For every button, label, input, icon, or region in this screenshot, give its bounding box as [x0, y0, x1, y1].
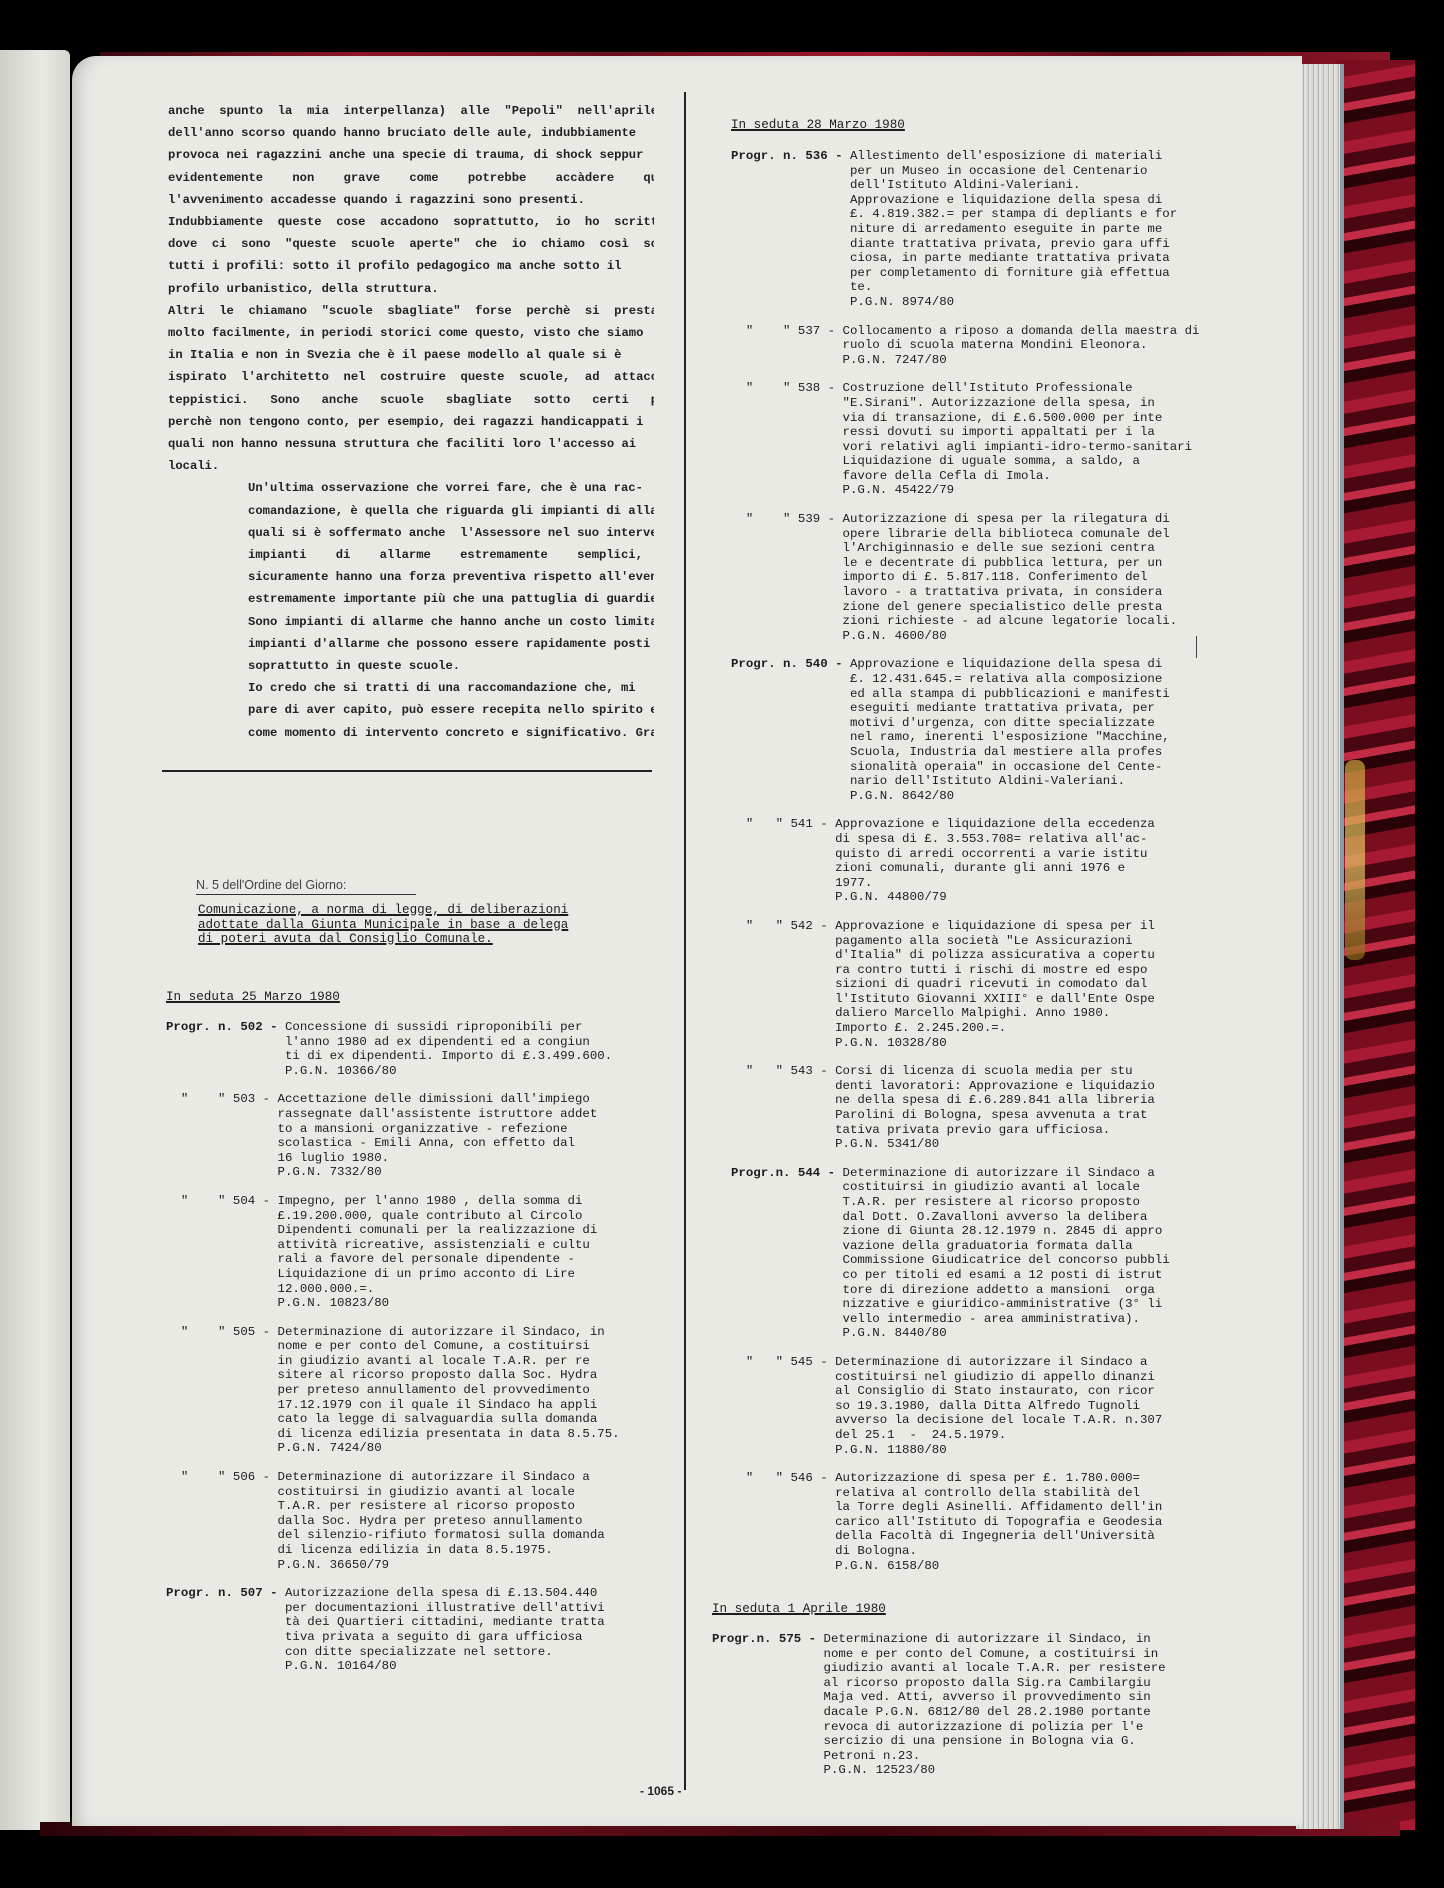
deliberation-line: pagamento alla società "Le Assicurazioni [835, 934, 1291, 949]
deliberation-line: dacale P.G.N. 6812/80 del 28.2.1980 port… [824, 1705, 1282, 1720]
transcript-line: perchè non tengono conto, per esempio, d… [168, 411, 654, 433]
deliberation-line: sitere al ricorso proposto dalla Soc. Hy… [278, 1368, 666, 1383]
agenda-item-heading: N. 5 dell'Ordine del Giorno: [196, 878, 416, 895]
deliberation-line: tativa privata previo gara ufficiosa. [835, 1123, 1291, 1138]
deliberation-line: dell'Istituto Aldini-Valeriani. [850, 178, 1291, 193]
deliberation-entry: Progr. n. 502 - Concessione di sussidi r… [166, 1020, 666, 1078]
deliberation-entry: " " 539 - Autorizzazione di spesa per la… [731, 512, 1291, 643]
deliberation-line: vazione della graduatoria formata dalla [843, 1239, 1291, 1254]
deliberation-text: Approvazione e liquidazione di spesa per… [835, 919, 1291, 1050]
deliberation-line: nel ramo, inerenti l'esposizione "Macchi… [850, 730, 1291, 745]
deliberation-line: zioni comunali, durante gli anni 1976 e [835, 861, 1291, 876]
deliberation-entry: " " 538 - Costruzione dell'Istituto Prof… [731, 381, 1291, 498]
deliberation-line: quisto di arredi occorrenti a varie isti… [835, 847, 1291, 862]
deliberation-line: carico all'Istituto di Topografia e Geod… [835, 1515, 1291, 1530]
transcript-line: dell'anno scorso quando hanno bruciato d… [168, 122, 654, 144]
deliberation-line: revoca di autorizzazione di polizia per … [824, 1720, 1282, 1735]
progressive-number: Progr.n. 544 - [731, 1166, 843, 1341]
progressive-number: Progr.n. 575 - [712, 1632, 824, 1778]
transcript-paragraph: anche spunto la mia interpellanza) alle … [168, 100, 654, 211]
deliberation-line: zione del genere specialistico delle pre… [843, 600, 1291, 615]
deliberation-line: 17.12.1979 con il quale il Sindaco ha ap… [278, 1398, 666, 1413]
deliberation-line: so 19.3.1980, dalla Ditta Alfredo Tugnol… [835, 1399, 1291, 1414]
progressive-number: Progr. n. 502 - [166, 1020, 285, 1078]
deliberation-line: Commissione Giudicatrice del concorso pu… [843, 1253, 1291, 1268]
deliberation-line: Costruzione dell'Istituto Professionale [843, 381, 1291, 396]
deliberation-text: Impegno, per l'anno 1980 , della somma d… [278, 1194, 666, 1311]
transcript-line: anche spunto la mia interpellanza) alle … [168, 100, 654, 122]
deliberation-text: Costruzione dell'Istituto Professionale"… [843, 381, 1291, 498]
transcript-line: in Italia e non in Svezia che è il paese… [168, 344, 654, 366]
deliberation-line: ciosa, in parte mediante trattativa priv… [850, 251, 1291, 266]
deliberation-line: della Facoltà di Ingegneria dell'Univers… [835, 1529, 1291, 1544]
deliberation-text: Determinazione di autorizzare il Sindaco… [843, 1166, 1291, 1341]
transcript-line: teppistici. Sono anche scuole sbagliate … [168, 389, 654, 411]
deliberation-line: per preteso annullamento del provvedimen… [278, 1383, 666, 1398]
deliberation-line: lavoro - a trattativa privata, in consid… [843, 585, 1291, 600]
progressive-number: " " 546 - [731, 1471, 835, 1573]
progressive-number: Progr. n. 536 - [731, 149, 850, 310]
transcript-line: impianti d'allarme che possono essere ra… [168, 633, 654, 655]
transcript-paragraph: Un'ultima osservazione che vorrei fare, … [168, 477, 654, 677]
deliberation-line: l'anno 1980 ad ex dipendenti ed a congiu… [285, 1035, 666, 1050]
transcript-line: quali non hanno nessuna struttura che fa… [168, 433, 654, 455]
deliberation-line: to a mansioni organizzative - refezione [278, 1122, 666, 1137]
pgn-reference: P.G.N. 5341/80 [835, 1137, 1291, 1152]
deliberation-entry: Progr. n. 536 - Allestimento dell'esposi… [731, 149, 1291, 310]
deliberation-list: Progr.n. 575 - Determinazione di autoriz… [712, 1632, 1282, 1792]
deliberation-line: di licenza edilizia presentata in data 8… [278, 1427, 666, 1442]
deliberation-entry: " " 506 - Determinazione di autorizzare … [166, 1470, 666, 1572]
deliberation-line: ne della spesa di £.6.289.841 alla libre… [835, 1093, 1291, 1108]
deliberation-line: Maja ved. Atti, avverso il provvedimento… [824, 1690, 1282, 1705]
transcript-line: provoca nei ragazzini anche una specie d… [168, 144, 654, 166]
deliberation-text: Autorizzazione di spesa per la rilegatur… [843, 512, 1291, 643]
deliberation-entry: " " 503 - Accettazione delle dimissioni … [166, 1092, 666, 1180]
deliberation-line: sercizio di una pensione in Bologna via … [824, 1734, 1282, 1749]
deliberation-line: ra contro tutti i rischi di mostre ed es… [835, 963, 1291, 978]
deliberation-line: Accettazione delle dimissioni dall'impie… [278, 1092, 666, 1107]
deliberation-line: niture di arredamento eseguite in parte … [850, 222, 1291, 237]
transcript-line: come momento di intervento concreto e si… [168, 722, 654, 744]
deliberation-text: Approvazione e liquidazione della spesa … [850, 657, 1291, 803]
session-heading: In seduta 1 Aprile 1980 [712, 1602, 886, 1616]
transcript-line: comandazione, è quella che riguarda gli … [168, 500, 654, 522]
deliberation-line: daliero Marcello Malpighi. Anno 1980. [835, 1006, 1291, 1021]
communication-title: Comunicazione, a norma di legge, di deli… [198, 903, 608, 947]
deliberation-line: nome e per conto del Comune, a costituir… [278, 1339, 666, 1354]
progressive-number: " " 538 - [731, 381, 843, 498]
deliberation-line: attività ricreative, assistenziali e cul… [278, 1238, 666, 1253]
deliberation-line: £. 12.431.645.= relativa alla composizio… [850, 672, 1291, 687]
deliberation-text: Accettazione delle dimissioni dall'impie… [278, 1092, 666, 1180]
deliberation-line: tiva privata a seguito di gara ufficiosa [285, 1630, 666, 1645]
deliberation-line: favore della Cefla di Imola. [843, 469, 1291, 484]
deliberation-line: vello intermedio - area amministrativa). [843, 1312, 1291, 1327]
transcript-line: evidentemente non grave come potrebbe ac… [168, 167, 654, 189]
deliberation-line: motivi d'urgenza, con ditte specializzat… [850, 716, 1291, 731]
transcript-line: dove ci sono "queste scuole aperte" che … [168, 233, 654, 255]
transcript-paragraph: Indubbiamente queste cose accadono sopra… [168, 211, 654, 300]
column-divider [684, 92, 686, 1790]
transcript-line: Indubbiamente queste cose accadono sopra… [168, 211, 654, 233]
deliberation-line: in giudizio avanti al locale T.A.R. per … [278, 1354, 666, 1369]
page-number: - 1065 - [640, 1784, 681, 1798]
pgn-reference: P.G.N. 10328/80 [835, 1036, 1291, 1051]
deliberation-line: Collocamento a riposo a domanda della ma… [843, 324, 1291, 339]
pgn-reference: P.G.N. 4600/80 [843, 629, 1291, 644]
deliberation-line: ressi dovuti su importi appaltati per i … [843, 425, 1291, 440]
communication-title-line: di poteri avuta dal Consiglio Comunale. [198, 932, 608, 947]
transcript-line: Io credo che si tratti di una raccomanda… [168, 677, 654, 699]
transcript-line: sicuramente hanno una forza preventiva r… [168, 566, 654, 588]
deliberation-line: Petroni n.23. [824, 1749, 1282, 1764]
transcript-line: tutti i profili: sotto il profilo pedago… [168, 255, 654, 277]
deliberation-line: rali a favore del personale dipendente - [278, 1252, 666, 1267]
deliberation-line: Approvazione e liquidazione di spesa per… [835, 919, 1291, 934]
deliberation-line: del silenzio-rifiuto formatosi sulla dom… [278, 1528, 666, 1543]
deliberation-line: relativa al controllo della stabilità de… [835, 1486, 1291, 1501]
deliberation-line: Determinazione di autorizzare il Sindaco… [843, 1166, 1291, 1181]
deliberation-text: Collocamento a riposo a domanda della ma… [843, 324, 1291, 368]
deliberation-list: Progr. n. 536 - Allestimento dell'esposi… [731, 149, 1291, 1587]
deliberation-line: ruolo di scuola materna Mondini Eleonora… [843, 338, 1291, 353]
deliberation-line: Corsi di licenza di scuola media per stu [835, 1064, 1291, 1079]
deliberation-line: con ditte specializzate nel settore. [285, 1645, 666, 1660]
transcript-line: l'avvenimento accadesse quando i ragazzi… [168, 189, 654, 211]
communication-title-line: adottate dalla Giunta Municipale in base… [198, 918, 608, 933]
deliberation-line: costituirsi nel giudizio di appello dina… [835, 1370, 1291, 1385]
deliberation-line: zioni richieste - ad alcune legatorie lo… [843, 614, 1291, 629]
deliberation-entry: Progr.n. 544 - Determinazione di autoriz… [731, 1166, 1291, 1341]
progressive-number: Progr. n. 507 - [166, 1586, 285, 1674]
deliberation-line: "E.Sirani". Autorizzazione della spesa, … [843, 396, 1291, 411]
deliberation-line: Autorizzazione di spesa per £. 1.780.000… [835, 1471, 1291, 1486]
deliberation-line: eseguiti mediante trattativa privata, pe… [850, 701, 1291, 716]
deliberation-line: Approvazione e liquidazione della spesa … [850, 657, 1291, 672]
deliberation-line: cato la legge di salvaguardia sulla doma… [278, 1412, 666, 1427]
deliberation-list: Progr. n. 502 - Concessione di sussidi r… [166, 1020, 666, 1688]
deliberation-line: £.19.200.000, quale contributo al Circol… [278, 1209, 666, 1224]
deliberation-entry: " " 504 - Impegno, per l'anno 1980 , del… [166, 1194, 666, 1311]
deliberation-line: nome e per conto del Comune, a costituir… [824, 1647, 1282, 1662]
deliberation-line: Liquidazione di uguale somma, a saldo, a [843, 454, 1291, 469]
deliberation-line: per completamento di forniture già effet… [850, 266, 1291, 281]
deliberation-line: Determinazione di autorizzare il Sindaco… [835, 1355, 1291, 1370]
deliberation-line: co per titoli ed esami a 12 posti di ist… [843, 1268, 1291, 1283]
transcript-line: ispirato l'architetto nel costruire ques… [168, 366, 654, 388]
deliberation-line: Importo £. 2.245.200.=. [835, 1021, 1291, 1036]
deliberation-line: Approvazione e liquidazione della spesa … [850, 193, 1291, 208]
transcript-paragraph: Altri le chiamano "scuole sbagliate" for… [168, 300, 654, 478]
transcript-paragraph: Io credo che si tratti di una raccomanda… [168, 677, 654, 744]
deliberation-line: del 25.1 - 24.5.1979. [835, 1428, 1291, 1443]
pgn-reference: P.G.N. 45422/79 [843, 483, 1291, 498]
deliberation-line: d'Italia" di polizza assicurativa a cope… [835, 948, 1291, 963]
deliberation-line: Dipendenti comunali per la realizzazione… [278, 1223, 666, 1238]
deliberation-line: 12.000.000.=. [278, 1282, 666, 1297]
deliberation-line: scolastica - Emili Anna, con effetto dal [278, 1136, 666, 1151]
deliberation-line: Parolini di Bologna, spesa avvenuta a tr… [835, 1108, 1291, 1123]
deliberation-line: al ricorso proposto dalla Sig.ra Cambila… [824, 1676, 1282, 1691]
deliberation-line: Determinazione di autorizzare il Sindaco… [824, 1632, 1282, 1647]
progressive-number: Progr. n. 540 - [731, 657, 850, 803]
pgn-reference: P.G.N. 8642/80 [850, 789, 1291, 804]
pgn-reference: P.G.N. 44800/79 [835, 890, 1291, 905]
progressive-number: " " 545 - [731, 1355, 835, 1457]
deliberation-line: rassegnate dall'assistente istruttore ad… [278, 1107, 666, 1122]
deliberation-text: Autorizzazione di spesa per £. 1.780.000… [835, 1471, 1291, 1573]
deliberation-entry: " " 537 - Collocamento a riposo a domand… [731, 324, 1291, 368]
deliberation-text: Concessione di sussidi riproponibili per… [285, 1020, 666, 1078]
pgn-reference: P.G.N. 10823/80 [278, 1296, 666, 1311]
transcript-line: Un'ultima osservazione che vorrei fare, … [168, 477, 654, 499]
book-cover-marbled [1335, 60, 1415, 1830]
deliberation-line: costituirsi in giudizio avanti al locale [278, 1485, 666, 1500]
deliberation-line: diante trattativa privata, previo gara u… [850, 237, 1291, 252]
progressive-number: " " 505 - [166, 1325, 278, 1456]
deliberation-line: vori relativi agli impianti-idro-termo-s… [843, 440, 1291, 455]
deliberation-line: Autorizzazione di spesa per la rilegatur… [843, 512, 1291, 527]
deliberation-line: zione di Giunta 28.12.1979 n. 2845 di ap… [843, 1224, 1291, 1239]
deliberation-text: Determinazione di autorizzare il Sindaco… [278, 1325, 666, 1456]
pgn-reference: P.G.N. 36650/79 [278, 1558, 666, 1573]
progressive-number: " " 541 - [731, 817, 835, 905]
deliberation-entry: " " 505 - Determinazione di autorizzare … [166, 1325, 666, 1456]
deliberation-entry: Progr.n. 575 - Determinazione di autoriz… [712, 1632, 1282, 1778]
deliberation-line: l'Archiginnasio e delle sue sezioni cent… [843, 541, 1291, 556]
deliberation-text: Approvazione e liquidazione della eccede… [835, 817, 1291, 905]
deliberation-line: dalla Soc. Hydra per preteso annullament… [278, 1514, 666, 1529]
progressive-number: " " 542 - [731, 919, 835, 1050]
deliberation-line: l'Istituto Giovanni XXIII° e dall'Ente O… [835, 992, 1291, 1007]
deliberation-line: Concessione di sussidi riproponibili per [285, 1020, 666, 1035]
deliberation-line: T.A.R. per resistere al ricorso proposto [843, 1195, 1291, 1210]
deliberation-line: giudizio avanti al locale T.A.R. per res… [824, 1661, 1282, 1676]
progressive-number: " " 543 - [731, 1064, 835, 1152]
transcript-line: pare di aver capito, può essere recepita… [168, 699, 654, 721]
deliberation-line: al Consiglio di Stato instaurato, con ri… [835, 1384, 1291, 1399]
deliberation-entry: " " 543 - Corsi di licenza di scuola med… [731, 1064, 1291, 1152]
deliberation-text: Autorizzazione della spesa di £.13.504.4… [285, 1586, 666, 1674]
speech-transcript: anche spunto la mia interpellanza) alle … [168, 100, 654, 744]
deliberation-line: nizzative e giuridico-amministrative (3°… [843, 1297, 1291, 1312]
deliberation-text: Allestimento dell'esposizione di materia… [850, 149, 1291, 310]
progressive-number: " " 504 - [166, 1194, 278, 1311]
pgn-reference: P.G.N. 7247/80 [843, 353, 1291, 368]
deliberation-line: te. [850, 280, 1291, 295]
deliberation-line: Determinazione di autorizzare il Sindaco… [278, 1470, 666, 1485]
page-stack-edge [1296, 64, 1344, 1829]
deliberation-line: costituirsi in giudizio avanti al locale [843, 1180, 1291, 1195]
pgn-reference: P.G.N. 12523/80 [824, 1763, 1282, 1778]
pgn-reference: P.G.N. 7424/80 [278, 1441, 666, 1456]
progressive-number: " " 506 - [166, 1470, 278, 1572]
deliberation-line: tore di direzione addetto a mansioni org… [843, 1283, 1291, 1298]
deliberation-entry: " " 546 - Autorizzazione di spesa per £.… [731, 1471, 1291, 1573]
deliberation-entry: " " 545 - Determinazione di autorizzare … [731, 1355, 1291, 1457]
deliberation-line: di spesa di £. 3.553.708= relativa all'a… [835, 832, 1291, 847]
pgn-reference: P.G.N. 6158/80 [835, 1559, 1291, 1574]
deliberation-text: Corsi di licenza di scuola media per stu… [835, 1064, 1291, 1152]
deliberation-line: Liquidazione di un primo acconto di Lire [278, 1267, 666, 1282]
deliberation-line: Impegno, per l'anno 1980 , della somma d… [278, 1194, 666, 1209]
deliberation-line: nario dell'Istituto Aldini-Valeriani. [850, 774, 1291, 789]
deliberation-entry: Progr. n. 507 - Autorizzazione della spe… [166, 1586, 666, 1674]
progressive-number: " " 503 - [166, 1092, 278, 1180]
deliberation-line: per documentazioni illustrative dell'att… [285, 1601, 666, 1616]
transcript-line: estremamente importante più che una patt… [168, 588, 654, 610]
deliberation-line: di Bologna. [835, 1544, 1291, 1559]
deliberation-entry: Progr. n. 540 - Approvazione e liquidazi… [731, 657, 1291, 803]
facing-page-edge [0, 50, 70, 1830]
deliberation-text: Determinazione di autorizzare il Sindaco… [835, 1355, 1291, 1457]
deliberation-line: via di transazione, di £.6.500.000 per i… [843, 411, 1291, 426]
pgn-reference: P.G.N. 8974/80 [850, 295, 1291, 310]
deliberation-line: opere librarie della biblioteca comunale… [843, 527, 1291, 542]
deliberation-entry: " " 542 - Approvazione e liquidazione di… [731, 919, 1291, 1050]
deliberation-line: la Torre degli Asinelli. Affidamento del… [835, 1500, 1291, 1515]
deliberation-entry: " " 541 - Approvazione e liquidazione de… [731, 817, 1291, 905]
transcript-line: molto facilmente, in periodi storici com… [168, 322, 654, 344]
transcript-line: Altri le chiamano "scuole sbagliate" for… [168, 300, 654, 322]
transcript-line: soprattutto in queste scuole. [168, 655, 654, 677]
deliberation-line: per un Museo in occasione del Centenario [850, 164, 1291, 179]
transcript-line: Sono impianti di allarme che hanno anche… [168, 611, 654, 633]
deliberation-line: tà dei Quartieri cittadini, mediante tra… [285, 1615, 666, 1630]
transcript-line: impianti di allarme estremamente semplic… [168, 544, 654, 566]
session-heading: In seduta 25 Marzo 1980 [166, 990, 340, 1004]
deliberation-line: Scuola, Industria dal mestiere alla prof… [850, 745, 1291, 760]
deliberation-line: 16 luglio 1980. [278, 1151, 666, 1166]
pgn-reference: P.G.N. 7332/80 [278, 1165, 666, 1180]
deliberation-text: Determinazione di autorizzare il Sindaco… [278, 1470, 666, 1572]
progressive-number: " " 539 - [731, 512, 843, 643]
deliberation-line: ti di ex dipendenti. Importo di £.3.499.… [285, 1049, 666, 1064]
transcript-line: locali. [168, 455, 654, 477]
progressive-number: " " 537 - [731, 324, 843, 368]
deliberation-line: ed alla stampa di pubblicazioni e manife… [850, 687, 1291, 702]
deliberation-line: £. 4.819.382.= per stampa di depliants e… [850, 207, 1291, 222]
pgn-reference: P.G.N. 10164/80 [285, 1659, 666, 1674]
deliberation-line: avverso la decisione del locale T.A.R. n… [835, 1413, 1291, 1428]
deliberation-line: dal Dott. O.Zavalloni avverso la deliber… [843, 1210, 1291, 1225]
pgn-reference: P.G.N. 8440/80 [843, 1326, 1291, 1341]
deliberation-line: 1977. [835, 876, 1291, 891]
deliberation-line: denti lavoratori: Approvazione e liquida… [835, 1079, 1291, 1094]
deliberation-text: Determinazione di autorizzare il Sindaco… [824, 1632, 1282, 1778]
deliberation-line: T.A.R. per resistere al ricorso proposto [278, 1499, 666, 1514]
deliberation-line: sionalità operaia" in occasione del Cent… [850, 760, 1291, 775]
deliberation-line: di licenza edilizia in data 8.5.1975. [278, 1543, 666, 1558]
transcript-line: profilo urbanistico, della struttura. [168, 278, 654, 300]
deliberation-line: importo di £. 5.817.118. Conferimento de… [843, 570, 1291, 585]
transcript-line: quali si è soffermato anche l'Assessore … [168, 522, 654, 544]
deliberation-line: sizioni di quadri ricevuti in comodato d… [835, 977, 1291, 992]
pgn-reference: P.G.N. 11880/80 [835, 1443, 1291, 1458]
deliberation-line: Autorizzazione della spesa di £.13.504.4… [285, 1586, 666, 1601]
pgn-reference: P.G.N. 10366/80 [285, 1064, 666, 1079]
deliberation-line: le e decentrate di pubblica lettura, per… [843, 556, 1291, 571]
communication-title-line: Comunicazione, a norma di legge, di deli… [198, 903, 608, 918]
deliberation-line: Allestimento dell'esposizione di materia… [850, 149, 1291, 164]
section-rule [162, 770, 652, 772]
deliberation-line: Determinazione di autorizzare il Sindaco… [278, 1325, 666, 1340]
deliberation-line: Approvazione e liquidazione della eccede… [835, 817, 1291, 832]
session-heading: In seduta 28 Marzo 1980 [731, 118, 905, 132]
